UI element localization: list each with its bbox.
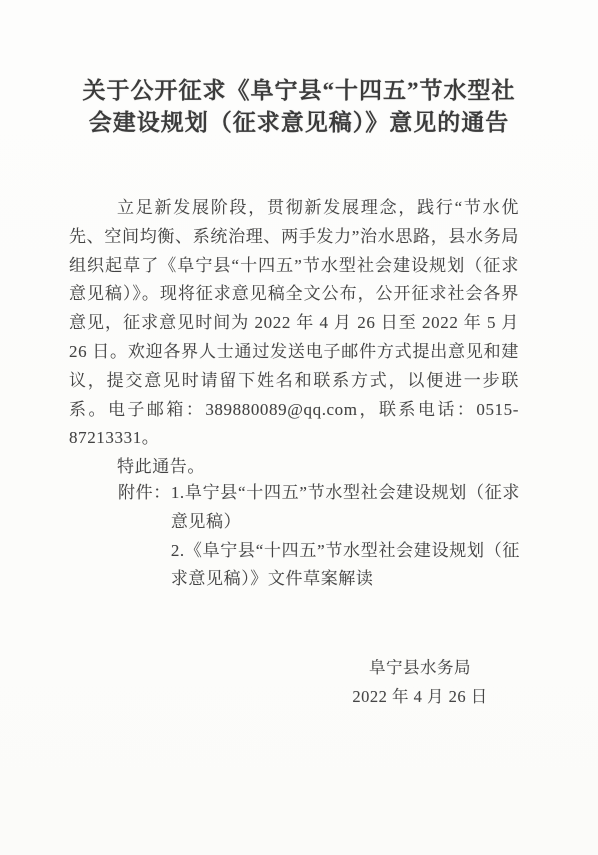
notice-body: 立足新发展阶段，贯彻新发展理念，践行“节水优先、空间均衡、系统治理、两手发力”治… <box>69 194 519 482</box>
signature-organization: 阜宁县水务局 <box>348 654 492 683</box>
body-paragraph-main: 立足新发展阶段，贯彻新发展理念，践行“节水优先、空间均衡、系统治理、两手发力”治… <box>69 194 519 453</box>
attachment-item: 1.阜宁县“十四五”节水型社会建设规划（征求意见稿） <box>171 479 520 537</box>
body-paragraph-closing: 特此通告。 <box>69 453 519 482</box>
attachment-item-text: 《阜宁县“十四五”节水型社会建设规划（征求意见稿）》文件草案解读 <box>171 541 520 589</box>
attachments-label: 附件： <box>118 479 171 508</box>
notice-title-line-2: 会建设规划（征求意见稿）》意见的通告 <box>30 107 568 139</box>
signature-block: 阜宁县水务局 2022 年 4 月 26 日 <box>348 654 492 712</box>
attachment-item-text: 阜宁县“十四五”节水型社会建设规划（征求意见稿） <box>171 483 520 531</box>
signature-date: 2022 年 4 月 26 日 <box>348 683 492 712</box>
attachments-section: 附件： 1.阜宁县“十四五”节水型社会建设规划（征求意见稿） 2.《阜宁县“十四… <box>118 479 520 594</box>
attachment-item-number: 1. <box>171 483 185 502</box>
attachments-list: 1.阜宁县“十四五”节水型社会建设规划（征求意见稿） 2.《阜宁县“十四五”节水… <box>171 479 520 594</box>
notice-title: 关于公开征求《阜宁县“十四五”节水型社 会建设规划（征求意见稿）》意见的通告 <box>30 75 568 139</box>
notice-title-line-1: 关于公开征求《阜宁县“十四五”节水型社 <box>30 75 568 107</box>
attachment-item-number: 2. <box>171 541 185 560</box>
notice-document-page: 关于公开征求《阜宁县“十四五”节水型社 会建设规划（征求意见稿）》意见的通告 立… <box>0 0 598 855</box>
attachment-item: 2.《阜宁县“十四五”节水型社会建设规划（征求意见稿）》文件草案解读 <box>171 537 520 595</box>
